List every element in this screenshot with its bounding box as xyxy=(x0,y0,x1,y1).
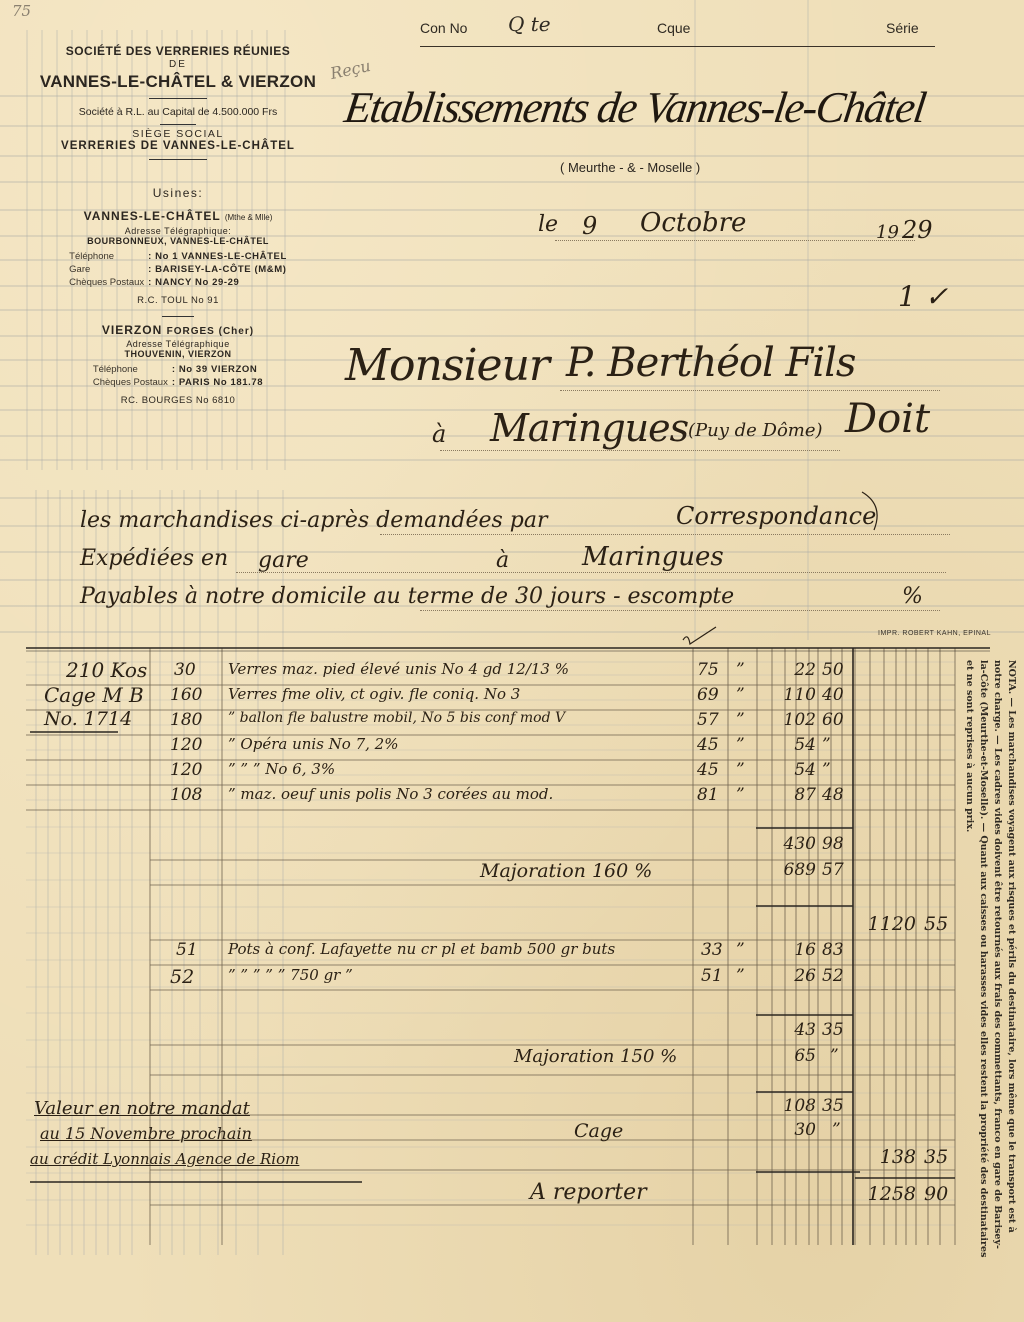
item-price-cents: ” xyxy=(736,710,745,730)
recipient-department: (Puy de Dôme) xyxy=(688,420,823,441)
divider xyxy=(149,98,207,99)
report-label: A reporter xyxy=(530,1180,647,1205)
date-month: Octobre xyxy=(640,208,746,238)
payment-note-line: au 15 Novembre prochain xyxy=(40,1124,252,1143)
divider xyxy=(160,124,196,125)
divider xyxy=(149,159,207,160)
corner-pencil-note: 75 xyxy=(12,2,31,20)
factory2-name-text: VIERZON xyxy=(102,323,162,337)
item-total: 16 xyxy=(760,940,816,960)
terms-line3: Payables à notre domicile au terme de 30… xyxy=(80,584,734,609)
item-total: 22 xyxy=(760,660,816,680)
con-value: Q te xyxy=(508,12,551,36)
factory2-name-suffix: FORGES (Cher) xyxy=(167,326,254,337)
contact-row: Chèques Postaux: PARIS No 181.78 xyxy=(91,376,265,389)
recipient-town: Maringues xyxy=(490,406,688,450)
date-year-prefix: 19 xyxy=(876,222,899,243)
subtotal2-total: 43 xyxy=(760,1020,816,1040)
item-price-cents: ” xyxy=(736,685,745,705)
item-qty: 51 xyxy=(176,940,198,960)
item-total-cents: 60 xyxy=(822,710,844,730)
item-total: 54 xyxy=(760,735,816,755)
subtotal1-total: 430 xyxy=(760,834,816,854)
contact-row: Téléphone: No 1 VANNES-LE-CHÂTEL xyxy=(67,250,289,263)
item-qty: 160 xyxy=(170,685,202,705)
date-year-suffix: 29 xyxy=(902,216,933,244)
con-label: Con No xyxy=(420,20,467,36)
subtotal2-cents: 35 xyxy=(822,1020,844,1040)
nota-text: NOTA. — Les marchandises voyagent aux ri… xyxy=(962,660,1018,1260)
majoration2-cents: ” xyxy=(830,1046,839,1066)
item-qty: 180 xyxy=(170,710,202,730)
item-qty: 120 xyxy=(170,760,202,780)
subtotal1-cents: 98 xyxy=(822,834,844,854)
side-mark-number: No. 1714 xyxy=(44,708,132,730)
recipient-name: P. Berthéol Fils xyxy=(566,340,855,386)
item-price: 45 xyxy=(697,760,719,780)
item-price: 33 xyxy=(701,940,723,960)
majoration1-label: Majoration 160 % xyxy=(480,860,652,882)
item-total: 26 xyxy=(760,966,816,986)
item-desc: ” ballon fle balustre mobil, No 5 bis co… xyxy=(228,710,565,726)
item-price: 57 xyxy=(697,710,719,730)
date-dotted-line xyxy=(555,240,915,241)
item-total: 54 xyxy=(760,760,816,780)
contact-row: Gare: BARISEY-LA-CÔTE (M&M) xyxy=(67,263,289,276)
checkmark: 1 ✓ xyxy=(898,280,948,313)
printer-imprint: IMPR. ROBERT KAHN, EPINAL xyxy=(878,630,991,637)
usines-label: Usines: xyxy=(28,186,328,200)
pencil-note: Reçu xyxy=(328,56,372,83)
factory2-telegraph-label: Adresse Télégraphique xyxy=(28,339,328,349)
majoration1-total: 689 xyxy=(760,860,816,880)
contact-value: : BARISEY-LA-CÔTE (M&M) xyxy=(146,263,289,276)
item-price: 69 xyxy=(697,685,719,705)
company-name: VANNES-LE-CHÂTEL & VIERZON xyxy=(28,72,328,92)
divider xyxy=(162,316,194,317)
factory1-region: (Mthe & Mlle) xyxy=(225,213,273,222)
date-day: 9 xyxy=(582,212,597,240)
cage-label: Cage xyxy=(574,1120,623,1142)
majoration2-label: Majoration 150 % xyxy=(514,1046,677,1067)
item-price: 51 xyxy=(701,966,723,986)
contact-label: Gare xyxy=(67,263,146,276)
letterhead: SOCIÉTÉ DES VERRERIES RÉUNIES DE VANNES-… xyxy=(28,30,328,406)
contact-row: Téléphone: No 39 VIERZON xyxy=(91,363,265,376)
terms-line1-dotted xyxy=(380,534,950,535)
sum2-cents: 35 xyxy=(822,1096,844,1116)
item-total-cents: ” xyxy=(822,735,831,755)
item-desc: Pots à conf. Lafayette nu cr pl et bamb … xyxy=(228,940,615,958)
payment-note-line: Valeur en notre mandat xyxy=(34,1098,250,1119)
reference-header: Con No Q te Cque Série xyxy=(420,16,935,47)
factory1-name: VANNES-LE-CHÂTEL (Mthe & Mlle) xyxy=(28,209,328,223)
majoration2-total: 65 xyxy=(760,1046,816,1066)
contact-label: Téléphone xyxy=(91,363,170,376)
recipient-dotted-line xyxy=(560,390,940,391)
cage-total: 30 xyxy=(760,1120,816,1140)
report-cents: 90 xyxy=(924,1183,948,1205)
factory1-telegraph-label: Adresse Télégraphique: xyxy=(28,226,328,236)
terms-line2-label: Expédiées en xyxy=(80,546,228,571)
factory2-contacts: Téléphone: No 39 VIERZON Chèques Postaux… xyxy=(91,363,265,389)
item-desc: Verres maz. pied élevé unis No 4 gd 12/1… xyxy=(228,660,569,678)
item-total-cents: 50 xyxy=(822,660,844,680)
item-total-cents: ” xyxy=(822,760,831,780)
factory2-telegraph-value: THOUVENIN, VIERZON xyxy=(28,349,328,359)
factory1-rc: R.C. TOUL No 91 xyxy=(28,295,328,306)
item-price: 81 xyxy=(697,785,719,805)
factory2-name: VIERZON FORGES (Cher) xyxy=(28,323,328,337)
terms-line1-value: Correspondance xyxy=(676,502,876,530)
report-total: 1258 xyxy=(860,1183,916,1205)
factory1-telegraph-value: BOURBONNEUX, VANNES-LE-CHÂTEL xyxy=(28,236,328,246)
terms-line3-pct: % xyxy=(902,584,923,609)
contact-label: Chèques Postaux xyxy=(91,376,170,389)
nota-sidebar: NOTA. — Les marchandises voyagent aux ri… xyxy=(958,660,1018,1260)
contact-row: Chèques Postaux: NANCY No 29-29 xyxy=(67,276,289,289)
item-price-cents: ” xyxy=(736,785,745,805)
contact-value: : No 39 VIERZON xyxy=(170,363,265,376)
recipient-town-dotted-line xyxy=(440,450,840,451)
terms-line2-mid: à xyxy=(496,548,509,573)
item-total-cents: 83 xyxy=(822,940,844,960)
group1-cents: 55 xyxy=(924,913,948,935)
payment-note-line: au crédit Lyonnais Agence de Riom xyxy=(30,1150,299,1168)
item-price-cents: ” xyxy=(736,735,745,755)
item-desc: ” maz. oeuf unis polis No 3 corées au mo… xyxy=(228,785,553,803)
terms-line2-value: gare xyxy=(258,548,309,573)
sum2-total: 108 xyxy=(760,1096,816,1116)
siege-label: SIÈGE SOCIAL xyxy=(28,128,328,140)
item-total: 102 xyxy=(760,710,816,730)
contact-label: Chèques Postaux xyxy=(67,276,146,289)
item-desc: ” ” ” ” ” 750 gr ” xyxy=(228,966,353,984)
factory2-rc: RC. BOURGES No 6810 xyxy=(28,395,328,406)
side-mark-cage: Cage M B xyxy=(44,683,144,707)
majoration1-cents: 57 xyxy=(822,860,844,880)
item-qty: 30 xyxy=(174,660,196,680)
item-desc: ” ” ” No 6, 3% xyxy=(228,760,335,778)
company-arc-title: SOCIÉTÉ DES VERRERIES RÉUNIES xyxy=(28,44,328,58)
item-price-cents: ” xyxy=(736,760,745,780)
terms-line1-label: les marchandises ci-après demandées par xyxy=(80,508,548,533)
item-desc: Verres fme oliv, ct ogiv. fle coniq. No … xyxy=(228,685,520,703)
company-capital: Société à R.L. au Capital de 4.500.000 F… xyxy=(28,106,328,118)
group1-total: 1120 xyxy=(860,913,916,935)
establishment-title: Etablissements de Vannes-le-Châtel xyxy=(341,82,928,133)
item-price-cents: ” xyxy=(736,940,745,960)
group2-total: 138 xyxy=(860,1146,916,1168)
recipient-salutation: Monsieur xyxy=(345,340,549,391)
item-desc: ” Opéra unis No 7, 2% xyxy=(228,735,398,753)
contact-value: : PARIS No 181.78 xyxy=(170,376,265,389)
item-price: 75 xyxy=(697,660,719,680)
serie-label: Série xyxy=(886,20,919,36)
factory1-contacts: Téléphone: No 1 VANNES-LE-CHÂTEL Gare: B… xyxy=(67,250,289,289)
cque-label: Cque xyxy=(657,20,690,36)
contact-label: Téléphone xyxy=(67,250,146,263)
terms-line2-value2: Maringues xyxy=(582,542,724,572)
side-mark-weight: 210 Kos xyxy=(66,658,147,682)
item-qty: 120 xyxy=(170,735,202,755)
item-price-cents: ” xyxy=(736,966,745,986)
establishment-location: ( Meurthe - & - Moselle ) xyxy=(560,160,700,175)
terms-line2-dotted xyxy=(236,572,946,573)
item-total: 87 xyxy=(760,785,816,805)
item-qty: 108 xyxy=(170,785,202,805)
item-price-cents: ” xyxy=(736,660,745,680)
item-price: 45 xyxy=(697,735,719,755)
group2-cents: 35 xyxy=(924,1146,948,1168)
item-total: 110 xyxy=(760,685,816,705)
item-total-cents: 48 xyxy=(822,785,844,805)
contact-value: : No 1 VANNES-LE-CHÂTEL xyxy=(146,250,289,263)
company-de: DE xyxy=(28,59,328,70)
item-qty: 52 xyxy=(170,966,194,988)
terms-line3-dotted xyxy=(420,610,940,611)
siege-value: VERRERIES DE VANNES-LE-CHÂTEL xyxy=(28,140,328,152)
item-total-cents: 40 xyxy=(822,685,844,705)
doit-label: Doit xyxy=(845,396,930,442)
item-total-cents: 52 xyxy=(822,966,844,986)
factory1-name-text: VANNES-LE-CHÂTEL xyxy=(84,209,221,223)
cage-cents: ” xyxy=(832,1120,841,1140)
contact-value: : NANCY No 29-29 xyxy=(146,276,289,289)
recipient-prep: à xyxy=(432,420,446,448)
date-prefix: le xyxy=(538,212,558,237)
